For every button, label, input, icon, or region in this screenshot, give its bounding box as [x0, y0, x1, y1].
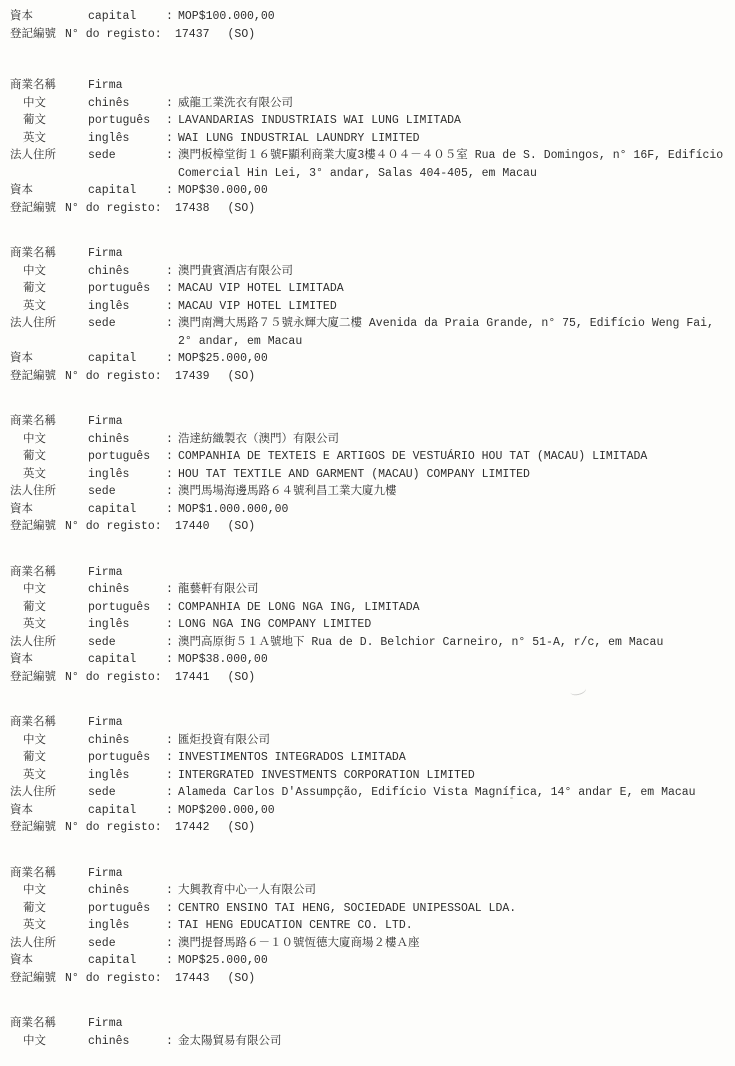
registo-number: 17437 [175, 26, 210, 44]
colon-separator: : [166, 784, 178, 802]
field-row-capital: 資本capital:MOP$100.000,00 [10, 8, 731, 26]
field-row-capital: 資本capital:MOP$25.000,00 [10, 350, 731, 368]
label-firma-cjk: 商業名稱 [10, 714, 88, 732]
colon-separator: : [166, 182, 178, 200]
colon-separator: : [166, 917, 178, 935]
label-english-cjk: 英文 [10, 616, 88, 634]
label-sede-cjk: 法人住所 [10, 315, 88, 333]
label-chinese-pt: chinês [88, 732, 166, 750]
capital-value: MOP$200.000,00 [178, 802, 731, 820]
capital-value: MOP$25.000,00 [178, 952, 731, 970]
label-chinese-cjk: 中文 [10, 263, 88, 281]
colon-separator: : [166, 8, 178, 26]
label-chinese-cjk: 中文 [10, 1033, 88, 1051]
field-row-portuguese: 葡文português:CENTRO ENSINO TAI HENG, SOCI… [10, 900, 731, 918]
colon-separator: : [166, 651, 178, 669]
label-portuguese-cjk: 葡文 [10, 900, 88, 918]
label-registo-pt: N° do registo: [65, 200, 175, 218]
label-capital-cjk: 資本 [10, 802, 88, 820]
label-capital-cjk: 資本 [10, 952, 88, 970]
label-english-pt: inglês [88, 466, 166, 484]
label-portuguese-pt: português [88, 112, 166, 130]
label-capital-pt: capital [88, 501, 166, 519]
label-firma-cjk: 商業名稱 [10, 564, 88, 582]
colon-separator: : [166, 431, 178, 449]
label-english-cjk: 英文 [10, 466, 88, 484]
firma-header-row: 商業名稱Firma [10, 564, 731, 582]
registry-entry: 商業名稱Firma中文chinês:大興教育中心一人有限公司葡文portuguê… [10, 865, 731, 988]
registo-number: 17441 [175, 669, 210, 687]
label-english-pt: inglês [88, 767, 166, 785]
label-firma-cjk: 商業名稱 [10, 413, 88, 431]
registo-suffix: (SO) [228, 669, 256, 687]
scan-speck [510, 797, 513, 799]
label-capital-cjk: 資本 [10, 501, 88, 519]
chinese-value: 匯炬投資有限公司 [178, 732, 731, 750]
label-capital-pt: capital [88, 802, 166, 820]
label-capital-cjk: 資本 [10, 651, 88, 669]
field-row-chinese: 中文chinês:龍藝軒有限公司 [10, 581, 731, 599]
label-chinese-cjk: 中文 [10, 431, 88, 449]
sede-value: 澳門南灣大馬路７５號永輝大廈二樓 Avenida da Praia Grande… [178, 315, 731, 350]
field-row-registo: 登記編號N° do registo:17439(SO) [10, 368, 731, 386]
field-row-capital: 資本capital:MOP$200.000,00 [10, 802, 731, 820]
english-value: WAI LUNG INDUSTRIAL LAUNDRY LIMITED [178, 130, 731, 148]
field-row-registo: 登記編號N° do registo:17437(SO) [10, 26, 731, 44]
label-firma-cjk: 商業名稱 [10, 1015, 88, 1033]
field-row-registo: 登記編號N° do registo:17441(SO) [10, 669, 731, 687]
label-sede-cjk: 法人住所 [10, 935, 88, 953]
label-sede-cjk: 法人住所 [10, 634, 88, 652]
label-sede-cjk: 法人住所 [10, 147, 88, 165]
registo-number: 17442 [175, 819, 210, 837]
label-registo-pt: N° do registo: [65, 518, 175, 536]
field-row-portuguese: 葡文português:COMPANHIA DE TEXTEIS E ARTIG… [10, 448, 731, 466]
label-registo-pt: N° do registo: [65, 26, 175, 44]
english-value: LONG NGA ING COMPANY LIMITED [178, 616, 731, 634]
colon-separator: : [166, 501, 178, 519]
label-chinese-pt: chinês [88, 882, 166, 900]
field-row-english: 英文inglês:HOU TAT TEXTILE AND GARMENT (MA… [10, 466, 731, 484]
label-firma-pt: Firma [88, 564, 166, 582]
firma-header-row: 商業名稱Firma [10, 77, 731, 95]
registo-suffix: (SO) [228, 200, 256, 218]
capital-value: MOP$25.000,00 [178, 350, 731, 368]
registry-entry: 商業名稱Firma中文chinês:金太陽貿易有限公司 [10, 1015, 731, 1050]
sede-value: 澳門馬場海邊馬路６４號利昌工業大廈九樓 [178, 483, 731, 501]
capital-value: MOP$100.000,00 [178, 8, 731, 26]
colon-separator: : [166, 95, 178, 113]
label-chinese-pt: chinês [88, 431, 166, 449]
sede-value: 澳門板樟堂街１６號F顯利商業大廈3樓４０４－４０５室 Rua de S. Dom… [178, 147, 731, 182]
registry-entry: 商業名稱Firma中文chinês:澳門貴賓酒店有限公司葡文português:… [10, 245, 731, 385]
english-value: INTERGRATED INVESTMENTS CORPORATION LIMI… [178, 767, 731, 785]
english-value: MACAU VIP HOTEL LIMITED [178, 298, 731, 316]
colon-separator: : [166, 802, 178, 820]
label-sede-pt: sede [88, 147, 166, 165]
registo-number: 17443 [175, 970, 210, 988]
label-portuguese-pt: português [88, 448, 166, 466]
field-row-english: 英文inglês:INTERGRATED INVESTMENTS CORPORA… [10, 767, 731, 785]
label-chinese-pt: chinês [88, 263, 166, 281]
chinese-value: 威龍工業洗衣有限公司 [178, 95, 731, 113]
label-capital-cjk: 資本 [10, 182, 88, 200]
label-portuguese-pt: português [88, 280, 166, 298]
registry-entry: 商業名稱Firma中文chinês:龍藝軒有限公司葡文português:COM… [10, 564, 731, 687]
colon-separator: : [166, 882, 178, 900]
firma-header-row: 商業名稱Firma [10, 413, 731, 431]
registo-number: 17438 [175, 200, 210, 218]
field-row-chinese: 中文chinês:金太陽貿易有限公司 [10, 1033, 731, 1051]
colon-separator: : [166, 634, 178, 652]
label-capital-pt: capital [88, 182, 166, 200]
field-row-capital: 資本capital:MOP$1.000.000,00 [10, 501, 731, 519]
colon-separator: : [166, 1033, 178, 1051]
english-value: TAI HENG EDUCATION CENTRE CO. LTD. [178, 917, 731, 935]
firma-header-row: 商業名稱Firma [10, 245, 731, 263]
label-firma-pt: Firma [88, 865, 166, 883]
field-row-registo: 登記編號N° do registo:17440(SO) [10, 518, 731, 536]
label-portuguese-cjk: 葡文 [10, 749, 88, 767]
label-registo-cjk: 登記編號 [10, 26, 65, 44]
field-row-sede: 法人住所sede:澳門高原街５１Ａ號地下 Rua de D. Belchior … [10, 634, 731, 652]
field-row-english: 英文inglês:MACAU VIP HOTEL LIMITED [10, 298, 731, 316]
colon-separator: : [166, 581, 178, 599]
label-registo-cjk: 登記編號 [10, 368, 65, 386]
label-registo-cjk: 登記編號 [10, 518, 65, 536]
colon-separator: : [166, 350, 178, 368]
field-row-sede: 法人住所sede:澳門馬場海邊馬路６４號利昌工業大廈九樓 [10, 483, 731, 501]
label-chinese-cjk: 中文 [10, 882, 88, 900]
label-chinese-cjk: 中文 [10, 95, 88, 113]
field-row-capital: 資本capital:MOP$38.000,00 [10, 651, 731, 669]
colon-separator: : [166, 900, 178, 918]
label-firma-pt: Firma [88, 413, 166, 431]
label-firma-pt: Firma [88, 77, 166, 95]
colon-separator: : [166, 599, 178, 617]
field-row-chinese: 中文chinês:浩達紡織製衣（澳門）有限公司 [10, 431, 731, 449]
colon-separator: : [166, 263, 178, 281]
english-value: HOU TAT TEXTILE AND GARMENT (MACAU) COMP… [178, 466, 731, 484]
sede-value: Alameda Carlos D'Assumpção, Edifício Vis… [178, 784, 731, 802]
label-registo-cjk: 登記編號 [10, 970, 65, 988]
label-sede-cjk: 法人住所 [10, 483, 88, 501]
label-english-cjk: 英文 [10, 298, 88, 316]
label-portuguese-cjk: 葡文 [10, 280, 88, 298]
colon-separator: : [166, 616, 178, 634]
field-row-portuguese: 葡文português:MACAU VIP HOTEL LIMITADA [10, 280, 731, 298]
portuguese-value: COMPANHIA DE TEXTEIS E ARTIGOS DE VESTUÁ… [178, 448, 731, 466]
colon-separator: : [166, 466, 178, 484]
label-capital-pt: capital [88, 952, 166, 970]
chinese-value: 金太陽貿易有限公司 [178, 1033, 731, 1051]
label-firma-pt: Firma [88, 714, 166, 732]
label-firma-cjk: 商業名稱 [10, 245, 88, 263]
sede-value: 澳門提督馬路６－１０號恆德大廈商場２樓Ａ座 [178, 935, 731, 953]
firma-header-row: 商業名稱Firma [10, 1015, 731, 1033]
registry-entry: 資本capital:MOP$100.000,00登記編號N° do regist… [10, 8, 731, 43]
registo-number: 17440 [175, 518, 210, 536]
colon-separator: : [166, 749, 178, 767]
field-row-sede: 法人住所sede:澳門板樟堂街１６號F顯利商業大廈3樓４０４－４０５室 Rua … [10, 147, 731, 182]
label-english-cjk: 英文 [10, 917, 88, 935]
label-capital-pt: capital [88, 350, 166, 368]
label-registo-cjk: 登記編號 [10, 200, 65, 218]
colon-separator: : [166, 732, 178, 750]
label-portuguese-cjk: 葡文 [10, 599, 88, 617]
label-sede-pt: sede [88, 634, 166, 652]
field-row-english: 英文inglês:LONG NGA ING COMPANY LIMITED [10, 616, 731, 634]
label-sede-pt: sede [88, 315, 166, 333]
label-portuguese-pt: português [88, 900, 166, 918]
label-capital-cjk: 資本 [10, 8, 88, 26]
label-sede-pt: sede [88, 483, 166, 501]
field-row-sede: 法人住所sede:澳門提督馬路６－１０號恆德大廈商場２樓Ａ座 [10, 935, 731, 953]
colon-separator: : [166, 448, 178, 466]
label-chinese-pt: chinês [88, 1033, 166, 1051]
registry-entry: 商業名稱Firma中文chinês:浩達紡織製衣（澳門）有限公司葡文portug… [10, 413, 731, 536]
sede-value: 澳門高原街５１Ａ號地下 Rua de D. Belchior Carneiro,… [178, 634, 731, 652]
portuguese-value: MACAU VIP HOTEL LIMITADA [178, 280, 731, 298]
field-row-portuguese: 葡文português:COMPANHIA DE LONG NGA ING, L… [10, 599, 731, 617]
registo-suffix: (SO) [228, 368, 256, 386]
label-portuguese-cjk: 葡文 [10, 448, 88, 466]
label-chinese-cjk: 中文 [10, 581, 88, 599]
label-english-pt: inglês [88, 298, 166, 316]
label-sede-pt: sede [88, 784, 166, 802]
label-english-cjk: 英文 [10, 767, 88, 785]
label-chinese-cjk: 中文 [10, 732, 88, 750]
label-capital-pt: capital [88, 8, 166, 26]
colon-separator: : [166, 147, 178, 165]
registry-page: 資本capital:MOP$100.000,00登記編號N° do regist… [0, 0, 735, 1050]
label-registo-cjk: 登記編號 [10, 819, 65, 837]
chinese-value: 澳門貴賓酒店有限公司 [178, 263, 731, 281]
capital-value: MOP$30.000,00 [178, 182, 731, 200]
field-row-chinese: 中文chinês:澳門貴賓酒店有限公司 [10, 263, 731, 281]
registo-number: 17439 [175, 368, 210, 386]
field-row-chinese: 中文chinês:大興教育中心一人有限公司 [10, 882, 731, 900]
field-row-chinese: 中文chinês:威龍工業洗衣有限公司 [10, 95, 731, 113]
registry-entry: 商業名稱Firma中文chinês:威龍工業洗衣有限公司葡文português:… [10, 77, 731, 217]
colon-separator: : [166, 483, 178, 501]
registo-suffix: (SO) [228, 819, 256, 837]
label-registo-pt: N° do registo: [65, 669, 175, 687]
chinese-value: 龍藝軒有限公司 [178, 581, 731, 599]
label-english-pt: inglês [88, 130, 166, 148]
registry-entry: 商業名稱Firma中文chinês:匯炬投資有限公司葡文português:IN… [10, 714, 731, 837]
label-registo-pt: N° do registo: [65, 970, 175, 988]
label-english-pt: inglês [88, 616, 166, 634]
colon-separator: : [166, 130, 178, 148]
capital-value: MOP$38.000,00 [178, 651, 731, 669]
field-row-english: 英文inglês:TAI HENG EDUCATION CENTRE CO. L… [10, 917, 731, 935]
colon-separator: : [166, 315, 178, 333]
label-capital-cjk: 資本 [10, 350, 88, 368]
label-capital-pt: capital [88, 651, 166, 669]
portuguese-value: INVESTIMENTOS INTEGRADOS LIMITADA [178, 749, 731, 767]
field-row-chinese: 中文chinês:匯炬投資有限公司 [10, 732, 731, 750]
firma-header-row: 商業名稱Firma [10, 865, 731, 883]
label-firma-cjk: 商業名稱 [10, 77, 88, 95]
label-english-pt: inglês [88, 917, 166, 935]
field-row-sede: 法人住所sede:澳門南灣大馬路７５號永輝大廈二樓 Avenida da Pra… [10, 315, 731, 350]
firma-header-row: 商業名稱Firma [10, 714, 731, 732]
field-row-portuguese: 葡文português:INVESTIMENTOS INTEGRADOS LIM… [10, 749, 731, 767]
colon-separator: : [166, 298, 178, 316]
colon-separator: : [166, 935, 178, 953]
label-chinese-pt: chinês [88, 581, 166, 599]
field-row-capital: 資本capital:MOP$25.000,00 [10, 952, 731, 970]
registo-suffix: (SO) [228, 970, 256, 988]
colon-separator: : [166, 952, 178, 970]
field-row-english: 英文inglês:WAI LUNG INDUSTRIAL LAUNDRY LIM… [10, 130, 731, 148]
label-portuguese-pt: português [88, 749, 166, 767]
field-row-registo: 登記編號N° do registo:17438(SO) [10, 200, 731, 218]
capital-value: MOP$1.000.000,00 [178, 501, 731, 519]
label-english-cjk: 英文 [10, 130, 88, 148]
label-sede-cjk: 法人住所 [10, 784, 88, 802]
registo-suffix: (SO) [228, 26, 256, 44]
label-registo-cjk: 登記編號 [10, 669, 65, 687]
field-row-portuguese: 葡文português:LAVANDARIAS INDUSTRIAIS WAI … [10, 112, 731, 130]
label-registo-pt: N° do registo: [65, 819, 175, 837]
label-registo-pt: N° do registo: [65, 368, 175, 386]
portuguese-value: CENTRO ENSINO TAI HENG, SOCIEDADE UNIPES… [178, 900, 731, 918]
label-sede-pt: sede [88, 935, 166, 953]
portuguese-value: LAVANDARIAS INDUSTRIAIS WAI LUNG LIMITAD… [178, 112, 731, 130]
chinese-value: 大興教育中心一人有限公司 [178, 882, 731, 900]
colon-separator: : [166, 112, 178, 130]
label-portuguese-cjk: 葡文 [10, 112, 88, 130]
label-chinese-pt: chinês [88, 95, 166, 113]
label-firma-pt: Firma [88, 1015, 166, 1033]
field-row-registo: 登記編號N° do registo:17443(SO) [10, 970, 731, 988]
label-firma-cjk: 商業名稱 [10, 865, 88, 883]
label-firma-pt: Firma [88, 245, 166, 263]
label-portuguese-pt: português [88, 599, 166, 617]
field-row-registo: 登記編號N° do registo:17442(SO) [10, 819, 731, 837]
field-row-capital: 資本capital:MOP$30.000,00 [10, 182, 731, 200]
portuguese-value: COMPANHIA DE LONG NGA ING, LIMITADA [178, 599, 731, 617]
field-row-sede: 法人住所sede:Alameda Carlos D'Assumpção, Edi… [10, 784, 731, 802]
chinese-value: 浩達紡織製衣（澳門）有限公司 [178, 431, 731, 449]
colon-separator: : [166, 280, 178, 298]
colon-separator: : [166, 767, 178, 785]
registo-suffix: (SO) [228, 518, 256, 536]
